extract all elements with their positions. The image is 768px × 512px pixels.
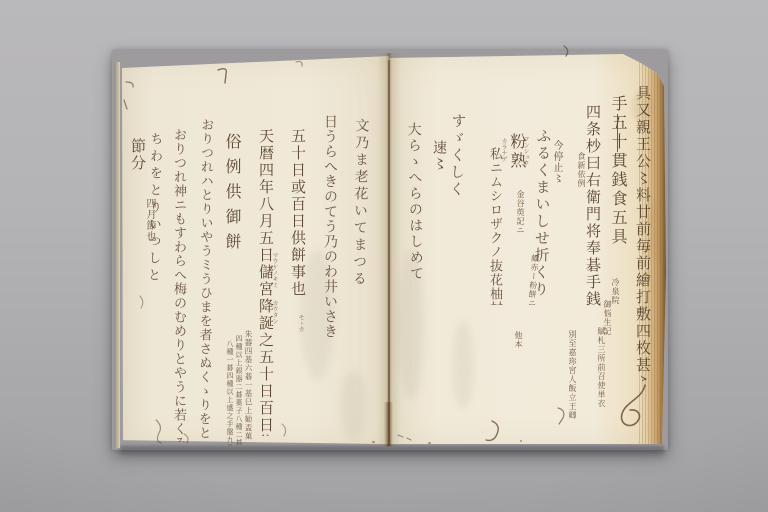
text-column-r7: 私ニムシロザクノ抜花柚村 [486,147,505,305]
text-column-l9: 節分 [127,138,148,178]
text-column-r9: 速〻 [428,140,448,184]
paper-speck [520,440,522,442]
furigana-l4b: カウタン [270,300,279,330]
text-column-r8: すゞくしく [444,113,468,236]
photo-stage: 具又親王公〻料廿前毎前繪打敷四枚甚〻 手五十貫銭食五具 冷泉院 御悩生記 四条杪… [0,0,768,512]
annotation-r3a: 食新依例 [576,152,587,196]
text-column-l5: 俗例供御餅 [220,133,243,265]
paper-speck [372,441,375,443]
furigana-l3: モゝカ [296,314,305,338]
paper-speck [428,442,431,444]
book-bottom-shadow [120,446,664,458]
annotation-r3b: 賦札三所前召使単衣 [596,327,607,411]
text-column-r3: 四条杪曰右衛門将奉碁手銭 [582,104,603,330]
annotation-l4a: 朱器四基六碁一基巳上勧盃菓 [243,330,254,442]
r2-struck-text: 五十 [609,114,626,152]
text-column-r1: 具又親王公〻料廿前毎前繪打敷四枚甚〻 [632,85,653,381]
text-column-l2: 日うらへきのてう乃のわ井いさき [319,114,339,338]
annotation-l9: 四月節也 [142,198,157,246]
annotation-l4c: 八種一碁四種以上盛之手盤九条記 [225,340,235,446]
text-column-r10: 大らゝへらのはしめて [402,122,425,302]
text-column-l7: おりつれ神ニもすわらへ梅のむめりとやうに若くみゝく [170,128,189,442]
annotation-r3c: 別至嘉珎宮人飯立王卿 [567,330,578,422]
annotation-r6a: 金谷萸記ニ [515,190,526,238]
gutter-line [388,60,390,446]
furigana-r6: フンシュク [521,136,530,170]
furigana-r7: カラナデ [499,138,508,164]
text-column-l3: 五十日或百日供餅事也 [287,128,308,312]
show-through-smudge [452,320,474,410]
annotation-r6c: 他本 [513,331,524,359]
r2-rest: 貫銭食五具 [609,152,626,247]
text-column-l1: 文乃ま老花いてまつる [347,118,370,304]
text-column-l6: おりつれハとりいやうミうひまを者さぬくゝりをと [195,118,217,438]
text-column-r2: 手五十貫銭食五具 [606,95,629,267]
annotation-l4b: 四種以上銀器二碁菓子八種二碁餅 [234,335,244,445]
furigana-l4a: マウケノキミ [270,252,279,292]
gutter-bottom-crease [384,402,393,446]
show-through-smudge [340,370,366,440]
left-page-edge [114,62,120,448]
r2-pre: 手 [609,95,626,114]
